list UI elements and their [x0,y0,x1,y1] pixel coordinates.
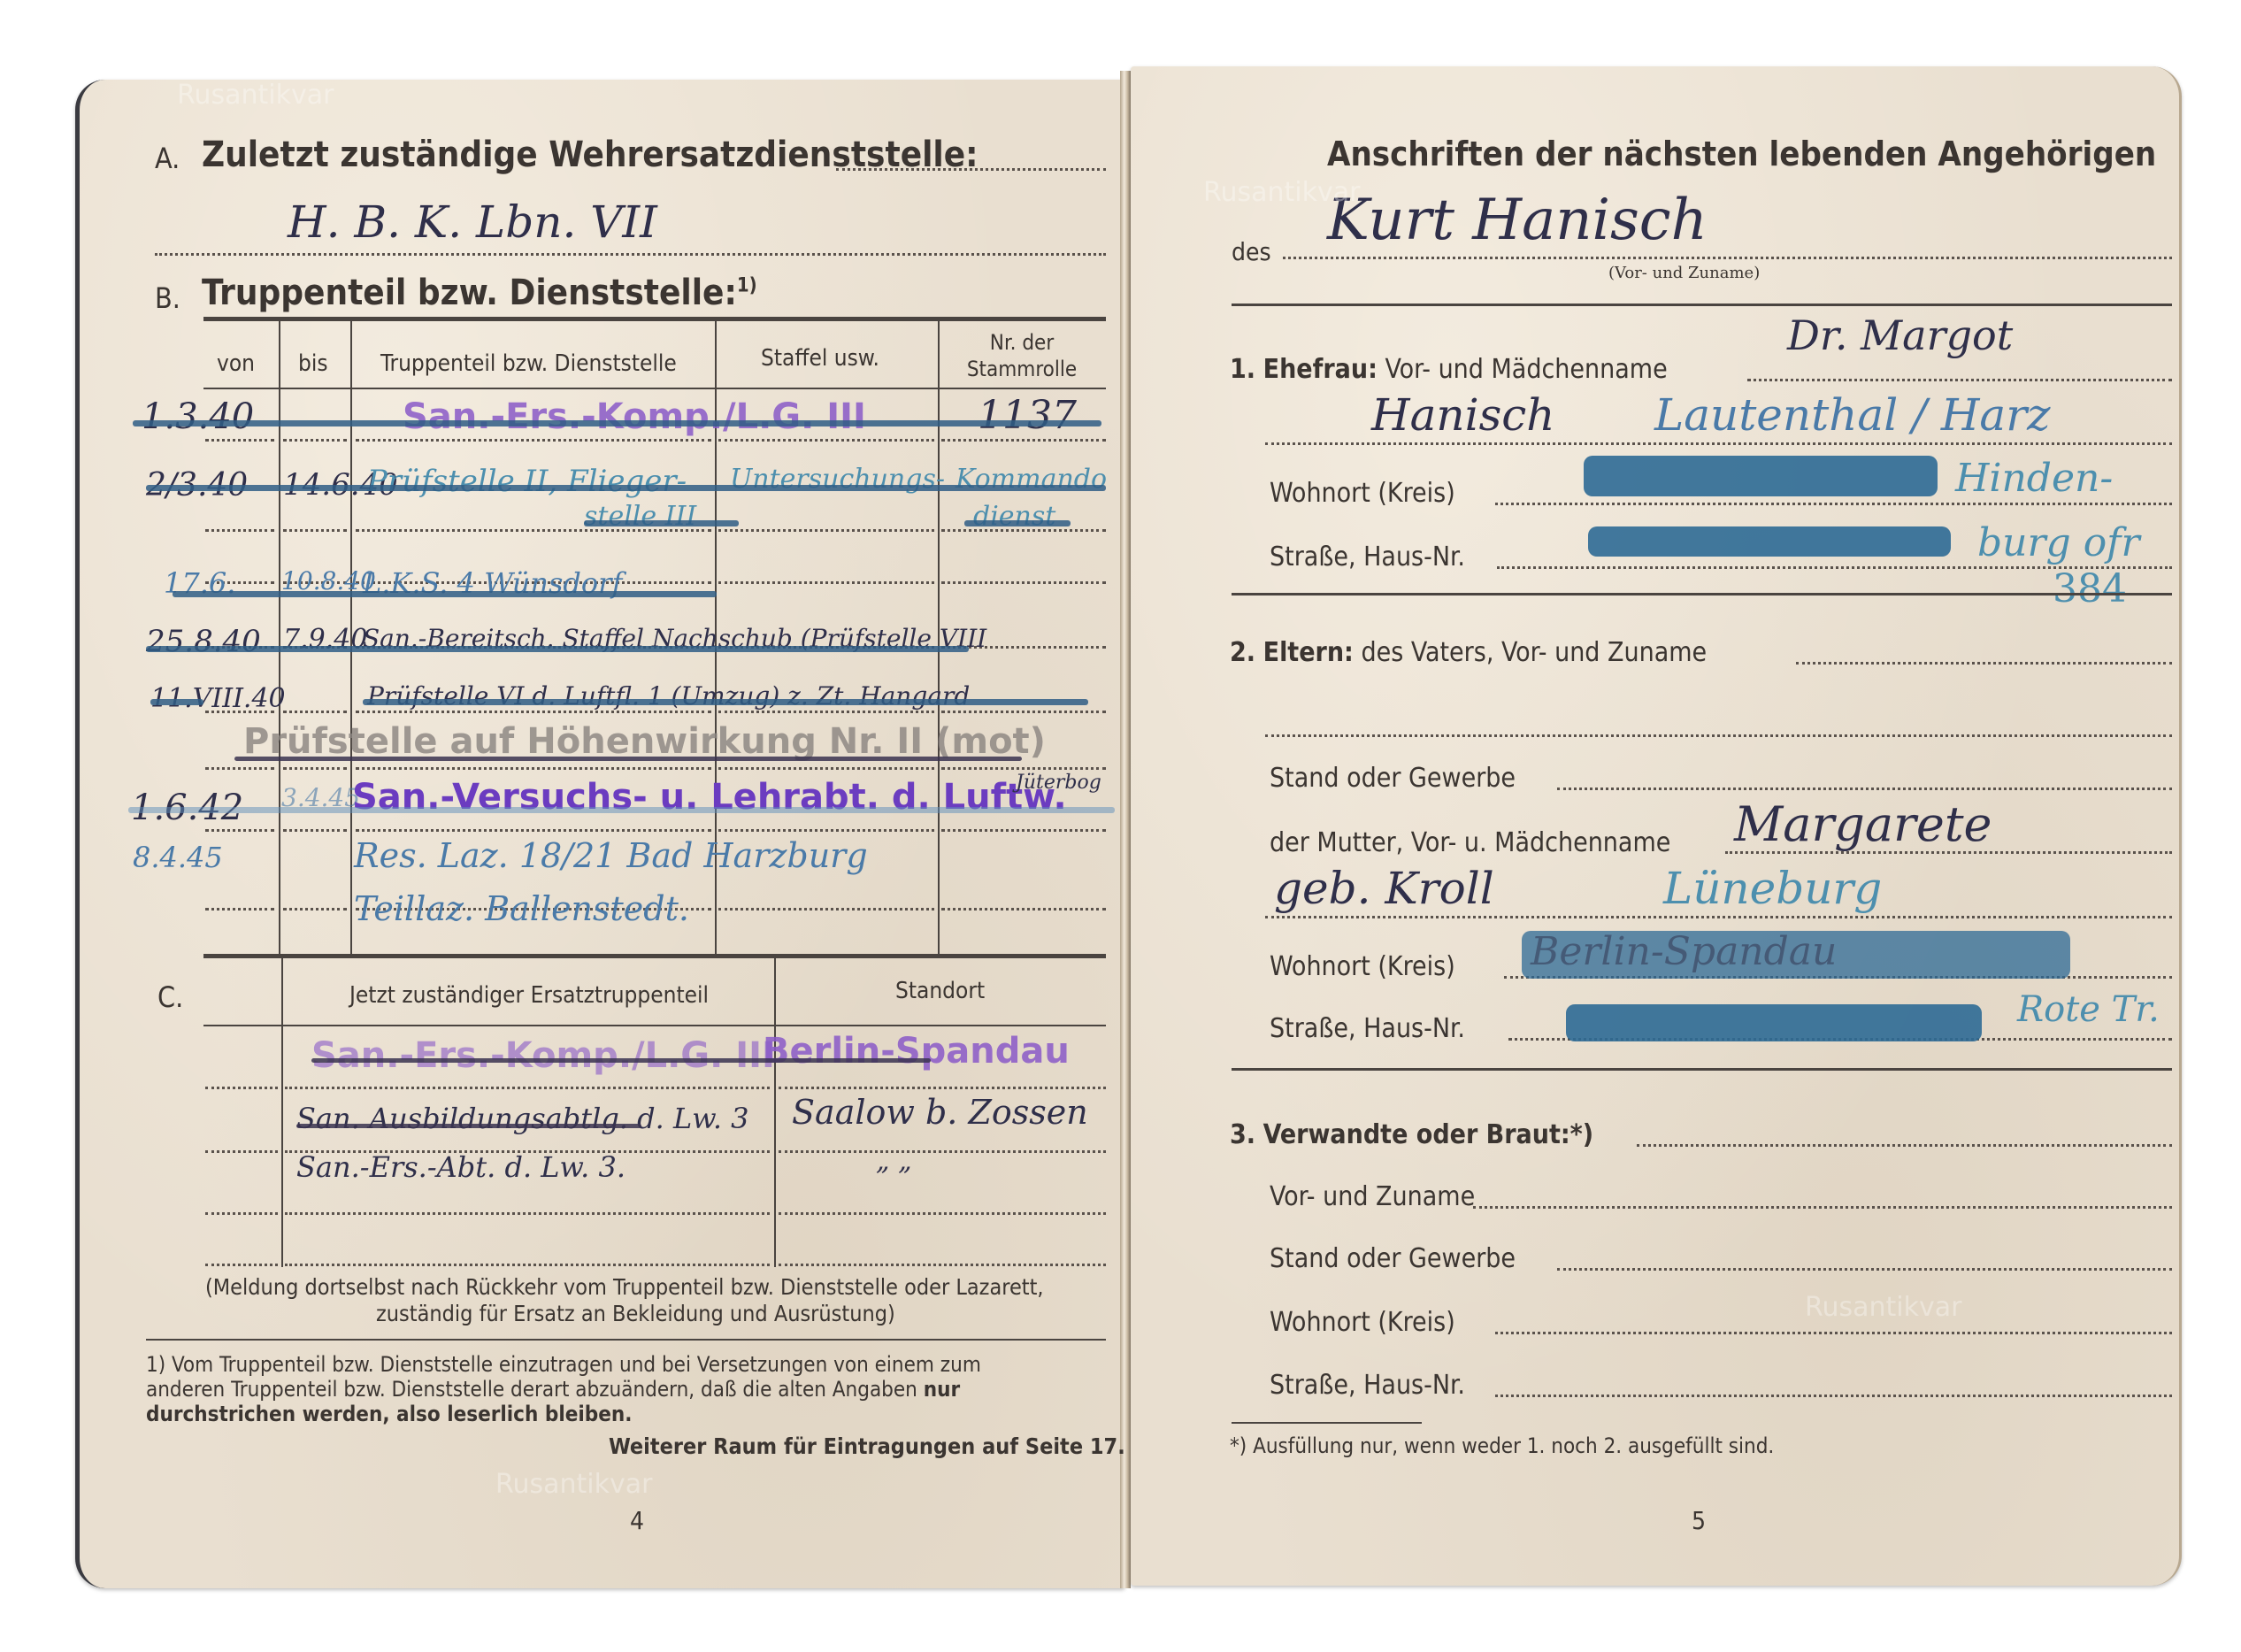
mother-value: Margarete [1734,796,1992,852]
row6-von-strike [150,699,203,705]
table-b-row-dotline [283,829,347,832]
table-c-row-dotline [205,1212,278,1215]
parents-label: 2. Eltern: des Vaters, Vor- und Zuname [1230,637,1707,668]
table-b-row-dotline [283,908,347,911]
c-row3-standort: „ „ [876,1146,912,1177]
relatives-label-num: 3. [1230,1119,1255,1150]
table-b-row-dotline [941,711,1106,713]
relatives-label: 3. Verwandte oder Braut:*) [1230,1119,1593,1150]
parents-strasse-label: Straße, Haus-Nr. [1270,1013,1465,1044]
footnote-line-3: durchstrichen werden, also leserlich ble… [146,1402,632,1426]
row3-strike [584,520,739,526]
table-c-row-dotline [779,1150,1106,1153]
table-b-row-dotline [941,829,1106,832]
book-spine [1120,71,1131,1588]
row3-unit: stelle III [584,501,696,532]
table-b-bottom-rule [203,954,1106,958]
watermark: Rusantikvar [1203,177,1360,208]
table-b-row-dotline [718,908,934,911]
row2-strike [146,485,1106,491]
wife-strasse-value: burg ofr [1977,520,2140,565]
wife-strasse-label: Straße, Haus-Nr. [1270,542,1465,572]
c-row2-standort: Saalow b. Zossen [792,1093,1088,1132]
watermark: Rusantikvar [177,80,334,111]
table-b-row-dotline [941,581,1106,584]
col-header-bis: bis [298,350,328,377]
table-b-row-dotline [205,908,274,911]
wife-strasse-redaction [1588,526,1951,557]
c-row2-unit: San. Ausbildungsabtlg. d. Lw. 3 [296,1102,749,1135]
divider-2 [1232,593,2172,595]
mother-line2: geb. Kroll [1274,863,1494,914]
table-c-header-rule [203,1025,1106,1026]
section-a-dotline-2 [155,253,1106,256]
parents-strasse-value: Rote Tr. [2017,989,2160,1030]
wife-name-dotline [1747,379,2172,381]
table-b-top-rule [203,317,1106,321]
table-b-row-dotline [205,439,274,442]
table-c-row-dotline [779,1212,1106,1215]
wife-wohnort-redaction [1584,456,1938,496]
table-b-row-dotline [283,439,347,442]
table-c-row-dotline [205,1264,278,1266]
col-header-standort: Standort [895,978,985,1004]
relatives-stand-dotline [1557,1268,2172,1271]
des-caption: (Vor- und Zuname) [1608,264,1760,282]
row7-strike [234,757,1022,761]
relatives-name-label: Vor- und Zuname [1270,1181,1475,1212]
section-b-label: B. [155,281,180,315]
wife-label-bold: Ehefrau: [1263,354,1378,385]
section-c-label: C. [157,980,183,1014]
row3-nr-strike [964,520,1071,526]
table-b-row-dotline [941,767,1106,770]
col-header-ersatztruppenteil: Jetzt zuständiger Ersatztruppenteil [349,982,709,1009]
parents-strasse-redaction [1566,1004,1982,1041]
father-dotline [1796,662,2172,665]
row1-strike [133,420,1101,426]
parents-label-num: 2. [1230,637,1255,668]
section-a-dotline-1 [836,168,1106,171]
footnote-line-2-text: anderen Truppenteil bzw. Dienststelle de… [146,1377,924,1402]
footnote-line-2: anderen Truppenteil bzw. Dienststelle de… [146,1377,960,1402]
relatives-dotline [1637,1144,2172,1147]
parents-wohnort-label: Wohnort (Kreis) [1270,951,1455,982]
table-b-row-dotline [356,711,711,713]
row1-nr: 1137 [978,393,1077,438]
right-footnote-divider [1232,1422,1422,1424]
table-c-row-dotline [779,1264,1106,1266]
row6-strike [363,699,1088,705]
table-b-row-dotline [205,767,274,770]
table-b-row-dotline [283,711,347,713]
wife-strasse-extra: 384 [2053,566,2127,611]
row8-nr: Jüterbog [1016,772,1101,794]
c-row1-unit-stamp: San.-Ers.-Komp./L.G. III [311,1035,775,1076]
table-b-row-dotline [718,439,934,442]
table-c-row-dotline [205,1087,278,1089]
row3-nr: dienst [973,501,1055,532]
table-b-row-dotline [356,439,711,442]
parents-label-rest: des Vaters, Vor- und Zuname [1361,637,1707,668]
table-b-row-dotline [718,829,934,832]
table-b-row-dotline [356,829,711,832]
wife-wohnort-dotline [1495,503,2172,505]
row1-von: 1.3.40 [142,396,254,437]
right-page [1131,66,2182,1586]
table-b-row-dotline [718,581,934,584]
section-b-heading: Truppenteil bzw. Dienststelle:1) [202,273,757,313]
relatives-wohnort-label: Wohnort (Kreis) [1270,1307,1455,1338]
father-stand-dotline [1557,788,2172,790]
row4-strike [173,591,717,597]
row10-unit: Teillaz. Ballenstedt. [354,889,689,928]
footnote-line-2-bold: nur [924,1377,960,1402]
col-header-von: von [217,350,255,377]
row1-unit-stamp: San.-Ers.-Komp./L.G. III [403,396,866,437]
row6-unit: Prüfstelle VI d. Luftfl. 1 (Umzug) z. Zt… [367,681,970,711]
table-b-row-dotline [718,711,934,713]
relatives-name-dotline [1473,1206,2172,1209]
table-c-col-divider [281,957,283,1267]
mother-label: der Mutter, Vor- u. Mädchenname [1270,827,1670,858]
father-dotline-2 [1265,734,2172,737]
des-label: des [1232,237,1271,266]
table-b-row-dotline [283,767,347,770]
table-b-header-rule [203,388,1106,389]
table-b-row-dotline [941,439,1106,442]
c-row1-strike [311,1058,931,1063]
row9-unit: Res. Laz. 18/21 Bad Harzburg [354,836,868,875]
table-c-row-dotline [285,1087,770,1089]
row5-von: 25.8.40 [146,624,261,659]
wife-line2-dotline [1265,442,2172,445]
relatives-strasse-dotline [1495,1395,2172,1397]
wife-name-line1: Dr. Margot [1787,311,2013,359]
table-b-row-dotline [205,829,274,832]
mother-line2-dotline [1265,916,2172,918]
section-b-heading-text: Truppenteil bzw. Dienststelle: [202,273,737,313]
table-c-row-dotline [285,1212,770,1215]
table-b-col-divider [279,320,280,954]
page-number-left: 4 [630,1506,644,1535]
watermark: Rusantikvar [495,1469,652,1500]
row9-von: 8.4.45 [133,841,223,874]
watermark: Rusantikvar [1805,1292,1961,1323]
relatives-label-bold: Verwandte oder Braut:*) [1263,1119,1594,1150]
des-dotline [1283,257,2172,259]
row8-strike [128,807,1115,813]
right-footnote: *) Ausfüllung nur, wenn weder 1. noch 2.… [1230,1433,1774,1458]
footnote-divider [146,1339,1106,1341]
divider-3 [1232,1068,2172,1071]
page-number-right: 5 [1692,1506,1706,1535]
wife-wohnort-label: Wohnort (Kreis) [1270,478,1455,509]
relatives-strasse-label: Straße, Haus-Nr. [1270,1370,1465,1401]
footnote-mark: 1) [737,275,757,297]
wife-place: Lautenthal / Harz [1654,389,2051,441]
meldung-note-2: zuständig für Ersatz an Bekleidung und A… [376,1301,895,1326]
table-c-row-dotline [779,1087,1106,1089]
c-row2-strike [296,1124,641,1128]
table-b-row-dotline [718,529,934,532]
row5-strike [146,646,969,652]
wife-name-line2: Hanisch [1371,389,1554,441]
table-c-row-dotline [285,1264,770,1266]
father-stand-label: Stand oder Gewerbe [1270,763,1516,794]
row2-unit: Prüfstelle II, Flieger- [367,464,687,499]
table-c-row-dotline [205,1150,278,1153]
section-a-entry: H. B. K. Lbn. VII [288,196,657,248]
relatives-wohnort-dotline [1495,1332,2172,1334]
table-b-row-dotline [356,767,711,770]
table-b-row-dotline [941,908,1106,911]
section-a-label: A. [155,142,180,175]
col-header-staffel: Staffel usw. [761,345,879,372]
table-b-row-dotline [718,767,934,770]
c-row3-unit: San.-Ers.-Abt. d. Lw. 3. [296,1150,625,1184]
wife-wohnort-value: Hinden- [1955,456,2113,501]
table-b-row-dotline [205,529,274,532]
wife-label-num: 1. [1230,354,1255,385]
des-value: Kurt Hanisch [1327,188,1708,253]
footnote-line-1: 1) Vom Truppenteil bzw. Dienststelle ein… [146,1352,981,1377]
parents-wohnort-value: Berlin-Spandau [1531,929,1837,974]
continuation-note: Weiterer Raum für Eintragungen auf Seite… [609,1433,1125,1459]
relatives-stand-label: Stand oder Gewerbe [1270,1243,1516,1274]
col-header-nr: Nr. der Stammrolle [942,329,1101,382]
wife-label: 1. Ehefrau: Vor- und Mädchenname [1230,354,1668,385]
wife-label-rest: Vor- und Mädchenname [1385,354,1667,385]
col-header-unit: Truppenteil bzw. Dienststelle [380,350,677,377]
meldung-note-1: (Meldung dortselbst nach Rückkehr vom Tr… [205,1274,1044,1300]
table-b-row-dotline [283,529,347,532]
right-page-title: Anschriften der nächsten lebenden Angehö… [1327,134,2156,173]
c-row1-standort-stamp: Berlin-Spandau [763,1031,1070,1072]
divider-1 [1232,304,2172,306]
table-c-col-divider [774,957,776,1267]
mother-place: Lüneburg [1663,863,1882,914]
parents-label-bold: Eltern: [1263,637,1354,668]
